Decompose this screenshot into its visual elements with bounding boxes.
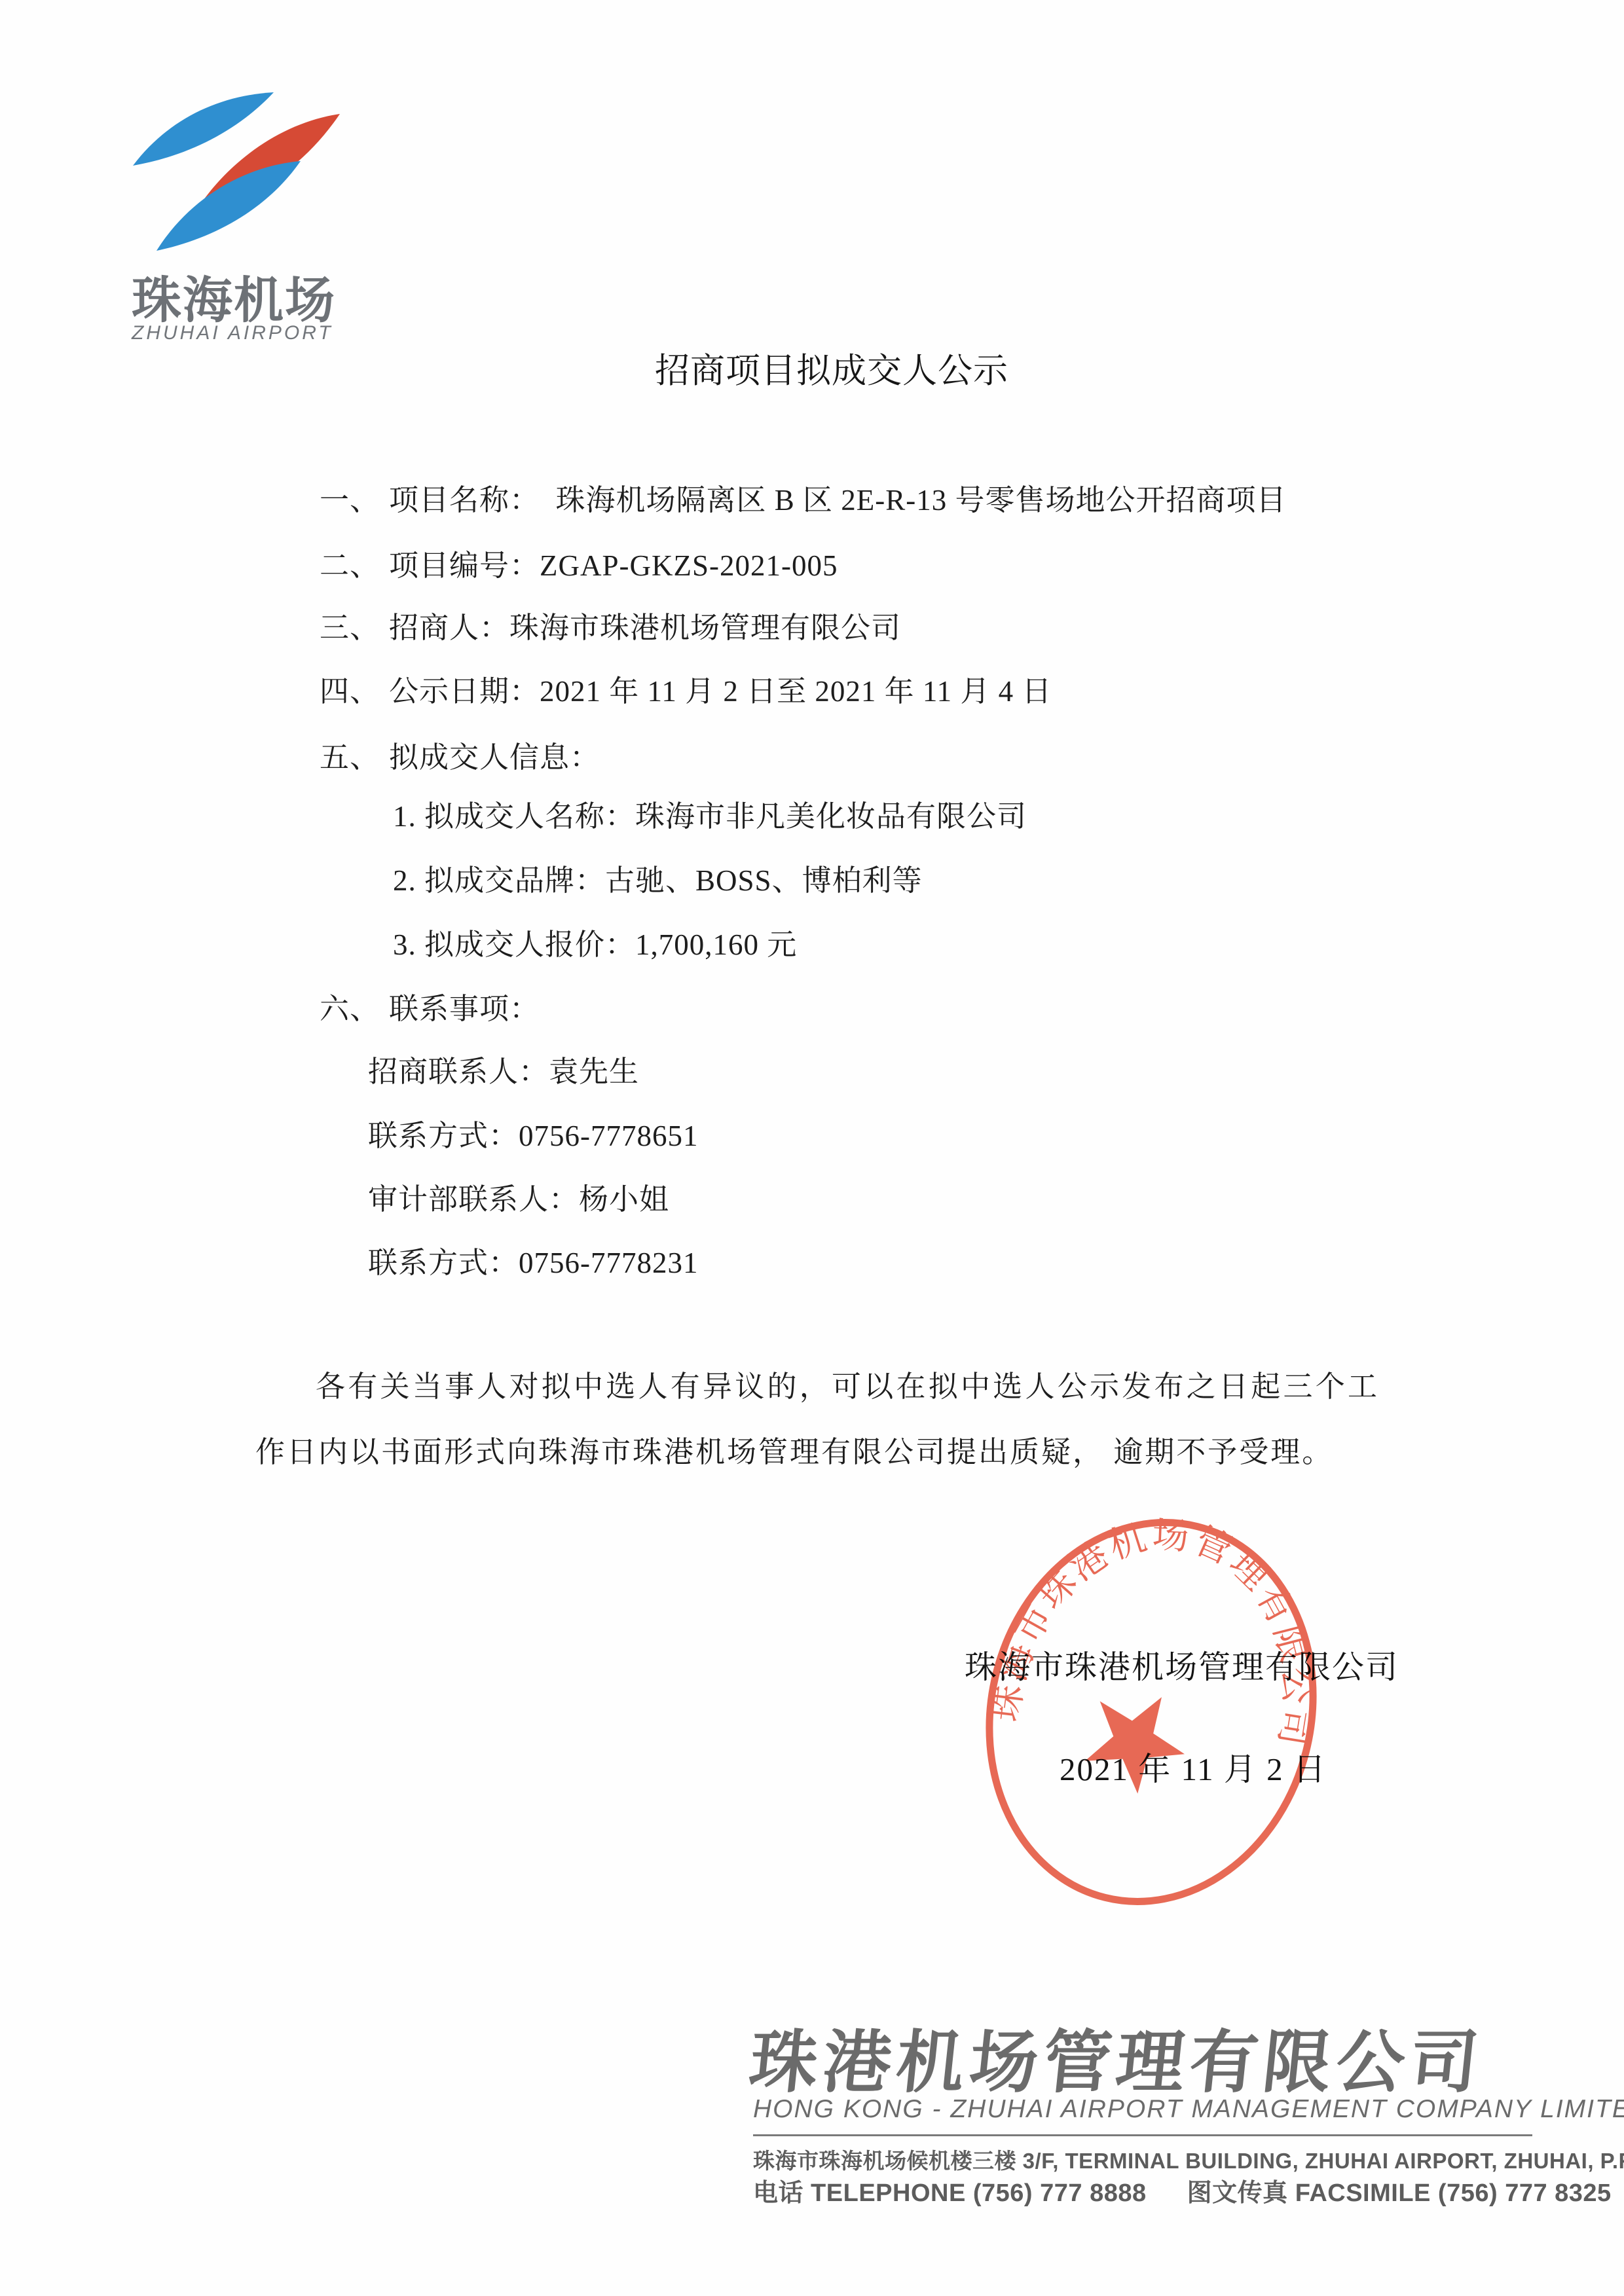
footer-address: 珠海市珠海机场候机楼三楼 3/F, TERMINAL BUILDING, ZHU… [753,2144,1572,2175]
page-title: 招商项目拟成交人公示 [655,343,1008,393]
list-item-text: 公示日期：2021 年 11 月 2 日至 2021 年 11 月 4 日 [389,675,1052,708]
sub-item-winner-name: 1. 拟成交人名称：珠海市非凡美化妆品有限公司 [393,792,1027,835]
document-page: 珠海机场 ZHUHAI AIRPORT 招商项目拟成交人公示 一、项目名称： 珠… [0,0,1624,2296]
list-item-number: 六、 [320,985,380,1027]
list-item-number: 三、 [320,604,380,646]
list-item-number: 五、 [320,733,380,776]
zhuhai-airport-logo-icon [133,89,342,255]
logo-english-name: ZHUHAI AIRPORT [132,322,348,344]
list-item-number: 一、 [320,476,380,519]
footer-divider [753,2134,1532,2136]
list-item-publicity-date: 四、公示日期：2021 年 11 月 2 日至 2021 年 11 月 4 日 [320,667,1052,710]
list-item-text: 联系方式：0756-7778231 [368,1247,699,1279]
list-item-text: 联系事项： [389,993,540,1025]
sub-item-offer-price: 3. 拟成交人报价：1,700,160 元 [393,920,797,963]
contact-merchant-person: 招商联系人：袁先生 [368,1048,639,1090]
footer-phone-line: 电话 TELEPHONE (756) 777 8888图文传真 FACSIMIL… [753,2172,1572,2208]
list-item-project-name: 一、项目名称： 珠海机场隔离区 B 区 2E-R-13 号零售场地公开招商项目 [320,476,1287,519]
list-item-winner-info: 五、拟成交人信息： [320,733,600,776]
list-item-text: 联系方式：0756-7778651 [368,1120,699,1152]
company-seal-stamp: 珠海市珠港机场管理有限公司 [968,1506,1341,1925]
list-item-project-no: 二、项目编号：ZGAP-GKZS-2021-005 [320,541,838,584]
list-item-text: 招商人：珠海市珠港机场管理有限公司 [389,611,901,644]
list-item-text: 项目编号：ZGAP-GKZS-2021-005 [389,549,838,582]
footer-facsimile: 图文传真 FACSIMILE (756) 777 8325 [1187,2179,1612,2207]
list-item-number: 二、 [320,541,380,584]
signature-company: 珠海市珠港机场管理有限公司 [965,1642,1399,1688]
footer-company-chinese: 珠港机场管理有限公司 [745,2007,1574,2105]
footer-telephone: 电话 TELEPHONE (756) 777 8888 [753,2179,1147,2207]
list-item-text: 招商联系人：袁先生 [368,1055,639,1088]
list-item-text: 3. 拟成交人报价：1,700,160 元 [393,928,797,961]
list-item-text: 1. 拟成交人名称：珠海市非凡美化妆品有限公司 [393,800,1027,833]
signature-date: 2021 年 11 月 2 日 [1060,1744,1327,1790]
objection-paragraph: 各有关当事人对拟中选人有异议的，可以在拟中选人公示发布之日起三个工作日内以书面形… [255,1354,1379,1485]
contact-merchant-phone: 联系方式：0756-7778651 [368,1112,699,1154]
logo-chinese-name: 珠海机场 [132,261,341,332]
list-item-text: 2. 拟成交品牌：古驰、BOSS、博柏利等 [393,864,923,897]
list-item-inviter: 三、招商人：珠海市珠港机场管理有限公司 [320,604,901,646]
list-item-text: 项目名称： 珠海机场隔离区 B 区 2E-R-13 号零售场地公开招商项目 [389,484,1287,517]
contact-audit-person: 审计部联系人：杨小姐 [368,1175,669,1218]
contact-audit-phone: 联系方式：0756-7778231 [368,1239,699,1281]
list-item-contact-matters: 六、联系事项： [320,985,540,1027]
list-item-text: 拟成交人信息： [389,741,600,774]
footer-company-english: HONG KONG - ZHUHAI AIRPORT MANAGEMENT CO… [753,2095,1572,2124]
sub-item-brands: 2. 拟成交品牌：古驰、BOSS、博柏利等 [393,856,923,899]
list-item-number: 四、 [320,667,380,710]
list-item-text: 审计部联系人：杨小姐 [368,1183,669,1216]
